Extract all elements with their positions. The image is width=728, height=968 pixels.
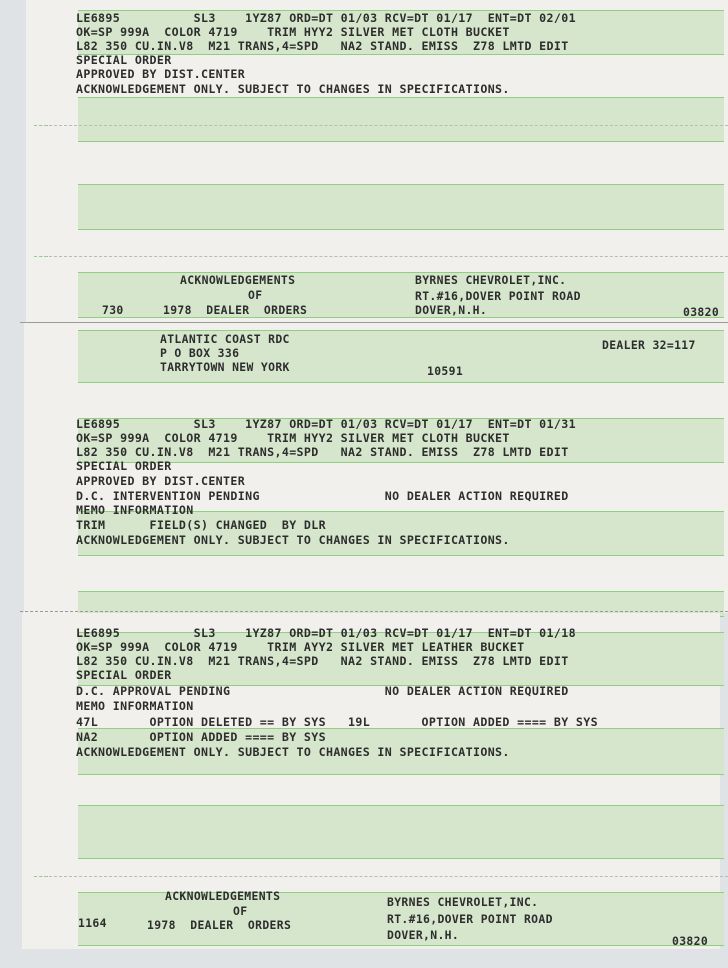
order-color-trim-line: OK=SP 999A COLOR 4719 TRIM HYY2 SILVER M…	[76, 26, 510, 39]
perforation-line	[34, 876, 728, 877]
page-number: 730	[102, 304, 124, 317]
dealer-code: DEALER 32=117	[602, 339, 696, 352]
intervention-line: D.C. INTERVENTION PENDING NO DEALER ACTI…	[76, 490, 569, 503]
dealer-name: BYRNES CHEVROLET,INC.	[415, 274, 566, 287]
approval-line: D.C. APPROVAL PENDING NO DEALER ACTION R…	[76, 685, 569, 698]
footer-heading-orders: 1978 DEALER ORDERS	[163, 304, 307, 317]
rdc-po-box: P O BOX 336	[160, 347, 239, 360]
order-status-line: APPROVED BY DIST.CENTER	[76, 68, 245, 81]
rdc-name: ATLANTIC COAST RDC	[160, 333, 290, 346]
disclaimer-line: ACKNOWLEDGEMENT ONLY. SUBJECT TO CHANGES…	[76, 534, 510, 547]
greenbar-band	[78, 97, 724, 142]
disclaimer-line: ACKNOWLEDGEMENT ONLY. SUBJECT TO CHANGES…	[76, 83, 510, 96]
order-header-line: LE6895 SL3 1YZ87 ORD=DT 01/03 RCV=DT 01/…	[76, 418, 576, 431]
greenbar-band	[78, 184, 724, 230]
dealer-zip: 03820	[683, 306, 719, 319]
page-number: 1164	[78, 917, 107, 930]
order-type-line: SPECIAL ORDER	[76, 54, 172, 67]
rdc-city: TARRYTOWN NEW YORK	[160, 361, 290, 374]
footer-heading-of: OF	[248, 289, 262, 302]
dealer-name: BYRNES CHEVROLET,INC.	[387, 896, 538, 909]
order-type-line: SPECIAL ORDER	[76, 669, 172, 682]
order-header-line: LE6895 SL3 1YZ87 ORD=DT 01/03 RCV=DT 01/…	[76, 12, 576, 25]
dealer-street: RT.#16,DOVER POINT ROAD	[387, 913, 553, 926]
order-header-line: LE6895 SL3 1YZ87 ORD=DT 01/03 RCV=DT 01/…	[76, 627, 576, 640]
memo-option-change-1: 47L OPTION DELETED == BY SYS 19L OPTION …	[76, 716, 598, 729]
order-type-line: SPECIAL ORDER	[76, 460, 172, 473]
perforation-line	[34, 256, 728, 257]
order-color-trim-line: OK=SP 999A COLOR 4719 TRIM AYY2 SILVER M…	[76, 641, 524, 654]
memo-heading: MEMO INFORMATION	[76, 700, 194, 713]
footer-heading: ACKNOWLEDGEMENTS	[165, 890, 280, 903]
order-status-line: APPROVED BY DIST.CENTER	[76, 475, 245, 488]
rdc-zip: 10591	[427, 365, 463, 378]
order-options-line: L82 350 CU.IN.V8 M21 TRANS,4=SPD NA2 STA…	[76, 655, 569, 668]
footer-heading-of: OF	[233, 905, 247, 918]
dealer-city: DOVER,N.H.	[415, 304, 487, 317]
order-options-line: L82 350 CU.IN.V8 M21 TRANS,4=SPD NA2 STA…	[76, 446, 569, 459]
memo-option-change-2: NA2 OPTION ADDED ==== BY SYS	[76, 731, 326, 744]
disclaimer-line: ACKNOWLEDGEMENT ONLY. SUBJECT TO CHANGES…	[76, 746, 510, 759]
perforation-line	[34, 125, 728, 126]
memo-heading: MEMO INFORMATION	[76, 504, 194, 517]
dealer-street: RT.#16,DOVER POINT ROAD	[415, 290, 581, 303]
sheet-edge	[20, 611, 728, 612]
footer-heading-orders: 1978 DEALER ORDERS	[147, 919, 291, 932]
order-options-line: L82 350 CU.IN.V8 M21 TRANS,4=SPD NA2 STA…	[76, 40, 569, 53]
memo-trim-change: TRIM FIELD(S) CHANGED BY DLR	[76, 519, 326, 532]
dealer-city: DOVER,N.H.	[387, 929, 459, 942]
order-color-trim-line: OK=SP 999A COLOR 4719 TRIM HYY2 SILVER M…	[76, 432, 510, 445]
greenbar-band	[78, 805, 724, 859]
dealer-zip: 03820	[672, 935, 708, 948]
footer-heading: ACKNOWLEDGEMENTS	[180, 274, 295, 287]
